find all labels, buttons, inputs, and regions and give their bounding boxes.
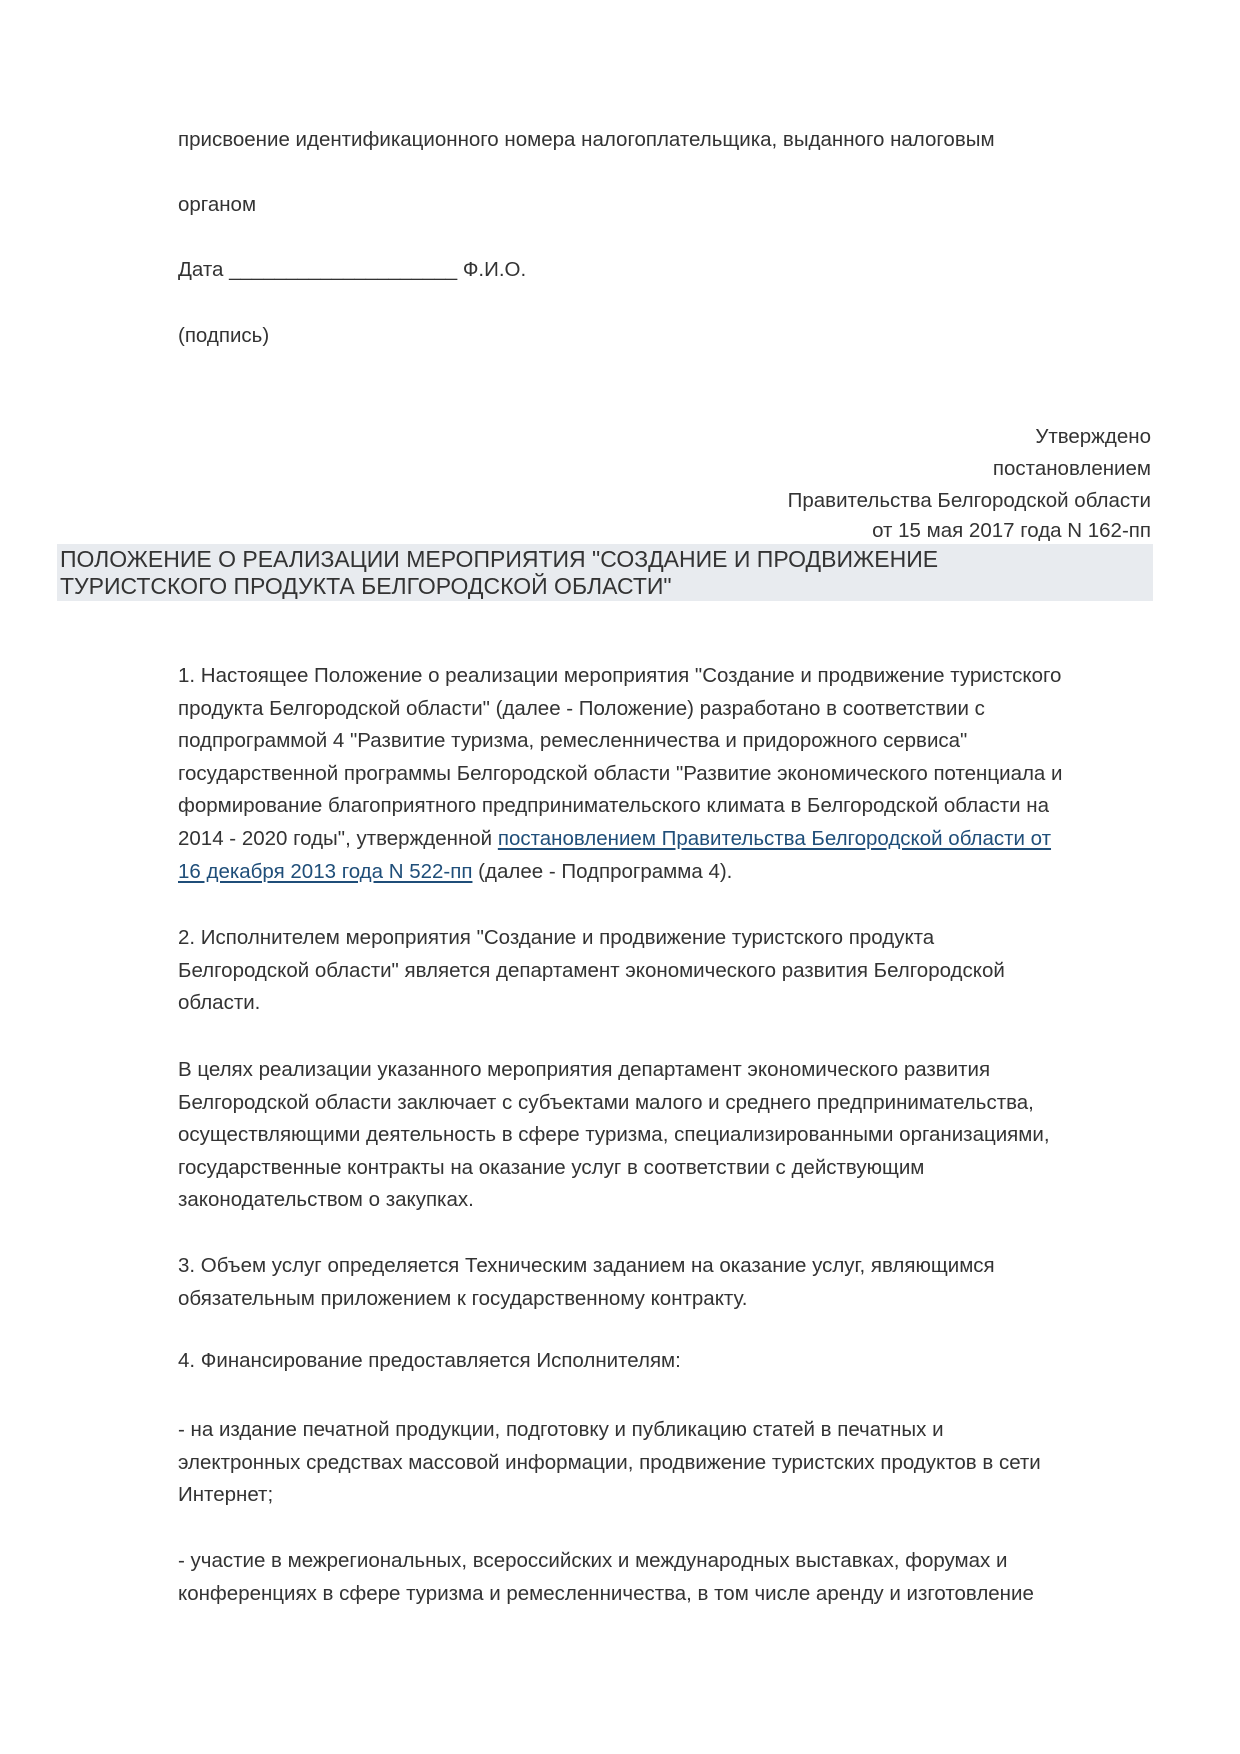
document-page: присвоение идентификационного номера нал…: [0, 0, 1240, 1754]
paragraph-6: - на издание печатной продукции, подгото…: [178, 1414, 1041, 1512]
approval-line: Правительства Белгородской области: [788, 485, 1151, 517]
approval-line: от 15 мая 2017 года N 162-пп: [788, 517, 1151, 545]
paragraph-2: 2. Исполнителем мероприятия "Создание и …: [178, 922, 1005, 1020]
signature-label: (подпись): [178, 324, 269, 348]
paragraph-line: Белгородской области заключает с субъект…: [178, 1087, 1050, 1120]
paragraph-line: 2. Исполнителем мероприятия "Создание и …: [178, 922, 1005, 955]
paragraph-line: подпрограммой 4 "Развитие туризма, ремес…: [178, 725, 1062, 758]
paragraph-3: В целях реализации указанного мероприяти…: [178, 1054, 1050, 1217]
paragraph-line: государственной программы Белгородской о…: [178, 758, 1062, 791]
heading-line-2: ТУРИСТСКОГО ПРОДУКТА БЕЛГОРОДСКОЙ ОБЛАСТ…: [60, 573, 672, 599]
resolution-link-part-1[interactable]: постановлением Правительства Белгородско…: [498, 827, 1051, 850]
paragraph-5: 4. Финансирование предоставляется Исполн…: [178, 1345, 681, 1378]
paragraph-line: законодательством о закупках.: [178, 1184, 1050, 1217]
form-text-line-2: органом: [178, 193, 256, 217]
approval-block: Утверждено постановлением Правительства …: [788, 421, 1151, 545]
paragraph-line: области.: [178, 987, 1005, 1020]
paragraph-4: 3. Объем услуг определяется Техническим …: [178, 1250, 995, 1315]
heading-line-1: ПОЛОЖЕНИЕ О РЕАЛИЗАЦИИ МЕРОПРИЯТИЯ "СОЗД…: [60, 546, 938, 572]
paragraph-7: - участие в межрегиональных, всероссийск…: [178, 1545, 1034, 1610]
paragraph-line: 16 декабря 2013 года N 522-пп (далее - П…: [178, 856, 1062, 889]
paragraph-line: электронных средствах массовой информаци…: [178, 1447, 1041, 1480]
paragraph-line: 4. Финансирование предоставляется Исполн…: [178, 1345, 681, 1378]
paragraph-line: Белгородской области" является департаме…: [178, 955, 1005, 988]
paragraph-line: - на издание печатной продукции, подгото…: [178, 1414, 1041, 1447]
paragraph-text: (далее - Подпрограмма 4).: [472, 860, 732, 883]
paragraph-line: конференциях в сфере туризма и ремесленн…: [178, 1578, 1034, 1611]
paragraph-1: 1. Настоящее Положение о реализации меро…: [178, 660, 1062, 888]
date-signature-line: Дата ____________________ Ф.И.О.: [178, 258, 526, 282]
form-text-line-1: присвоение идентификационного номера нал…: [178, 128, 995, 152]
approval-line: Утверждено: [788, 421, 1151, 453]
paragraph-line: формирование благоприятного предпринимат…: [178, 790, 1062, 823]
paragraph-line: обязательным приложением к государственн…: [178, 1283, 995, 1316]
paragraph-line: продукта Белгородской области" (далее - …: [178, 693, 1062, 726]
paragraph-line: государственные контракты на оказание ус…: [178, 1152, 1050, 1185]
paragraph-line: В целях реализации указанного мероприяти…: [178, 1054, 1050, 1087]
paragraph-line: 3. Объем услуг определяется Техническим …: [178, 1250, 995, 1283]
approval-line: постановлением: [788, 453, 1151, 485]
date-blank: ____________________: [229, 258, 457, 281]
date-label: Дата: [178, 258, 223, 281]
document-heading: ПОЛОЖЕНИЕ О РЕАЛИЗАЦИИ МЕРОПРИЯТИЯ "СОЗД…: [57, 544, 1153, 601]
paragraph-text: 2014 - 2020 годы", утвержденной: [178, 827, 498, 850]
paragraph-line: 1. Настоящее Положение о реализации меро…: [178, 660, 1062, 693]
paragraph-line: 2014 - 2020 годы", утвержденной постанов…: [178, 823, 1062, 856]
paragraph-line: осуществляющими деятельность в сфере тур…: [178, 1119, 1050, 1152]
fio-label: Ф.И.О.: [463, 258, 526, 281]
resolution-link-part-2[interactable]: 16 декабря 2013 года N 522-пп: [178, 860, 472, 883]
paragraph-line: - участие в межрегиональных, всероссийск…: [178, 1545, 1034, 1578]
paragraph-line: Интернет;: [178, 1479, 1041, 1512]
